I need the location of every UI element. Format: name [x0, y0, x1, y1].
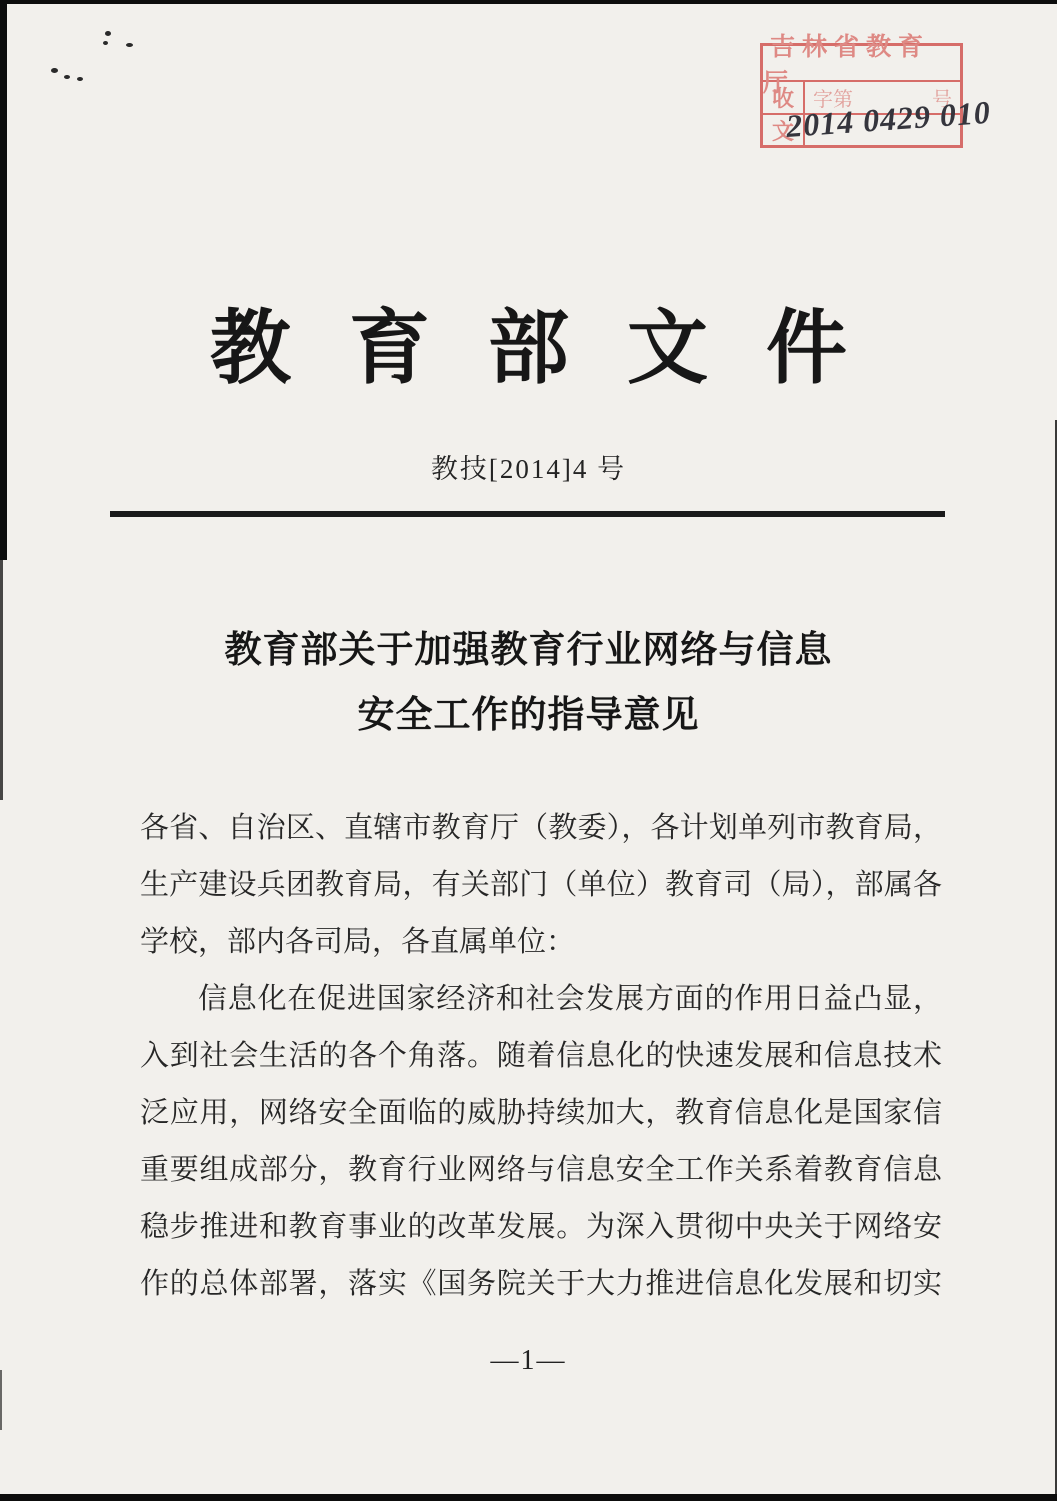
document-number: 教技[2014]4 号 [0, 447, 1057, 486]
scan-border-left-fade [0, 560, 3, 800]
stamp-org-name: 吉林省教育厅 [763, 46, 960, 82]
ink-speck [103, 41, 108, 45]
masthead-title: 教育部文件 [0, 284, 1057, 400]
body-line: 作的总体部署，落实《国务院关于大力推进信息化发展和切实保障 [140, 1256, 942, 1313]
salutation-line: 生产建设兵团教育局，有关部门（单位）教育司（局），部属各高等 [140, 857, 942, 914]
page-number: —1— [0, 1345, 1057, 1377]
document-title-line1: 教育部关于加强教育行业网络与信息 [0, 619, 1057, 673]
masthead-title-text: 教育部文件 [210, 284, 905, 400]
ink-speck [77, 77, 83, 81]
body-line: 泛应用，网络安全面临的威胁持续加大，教育信息化是国家信息化 [140, 1085, 942, 1142]
salutation-line: 各省、自治区、直辖市教育厅（教委），各计划单列市教育局，新疆 [140, 800, 942, 857]
salutation-line: 学校，部内各司局，各直属单位： [140, 914, 942, 971]
body-line: 重要组成部分，教育行业网络与信息安全工作关系着教育信息化的 [140, 1142, 942, 1199]
separator-rule [110, 511, 945, 517]
body-line: 稳步推进和教育事业的改革发展。为深入贯彻中央关于网络安全工 [140, 1199, 942, 1256]
body-line: 信息化在促进国家经济和社会发展方面的作用日益凸显，已深 [140, 971, 942, 1028]
ink-speck [105, 31, 111, 36]
document-body: 各省、自治区、直辖市教育厅（教委），各计划单列市教育局，新疆 生产建设兵团教育局… [140, 800, 942, 1313]
ink-speck [64, 75, 70, 79]
body-line: 入到社会生活的各个角落。随着信息化的快速发展和信息技术的广 [140, 1028, 942, 1085]
ink-speck [51, 68, 58, 73]
ink-speck [126, 43, 133, 47]
scan-border-left-lower [0, 1370, 2, 1430]
scan-border-top [0, 0, 1057, 4]
document-title-line2: 安全工作的指导意见 [0, 684, 1057, 738]
scanned-document-page: { "document": { "stamp": { "org_name": "… [0, 0, 1057, 1501]
scan-border-bottom [0, 1494, 1057, 1501]
